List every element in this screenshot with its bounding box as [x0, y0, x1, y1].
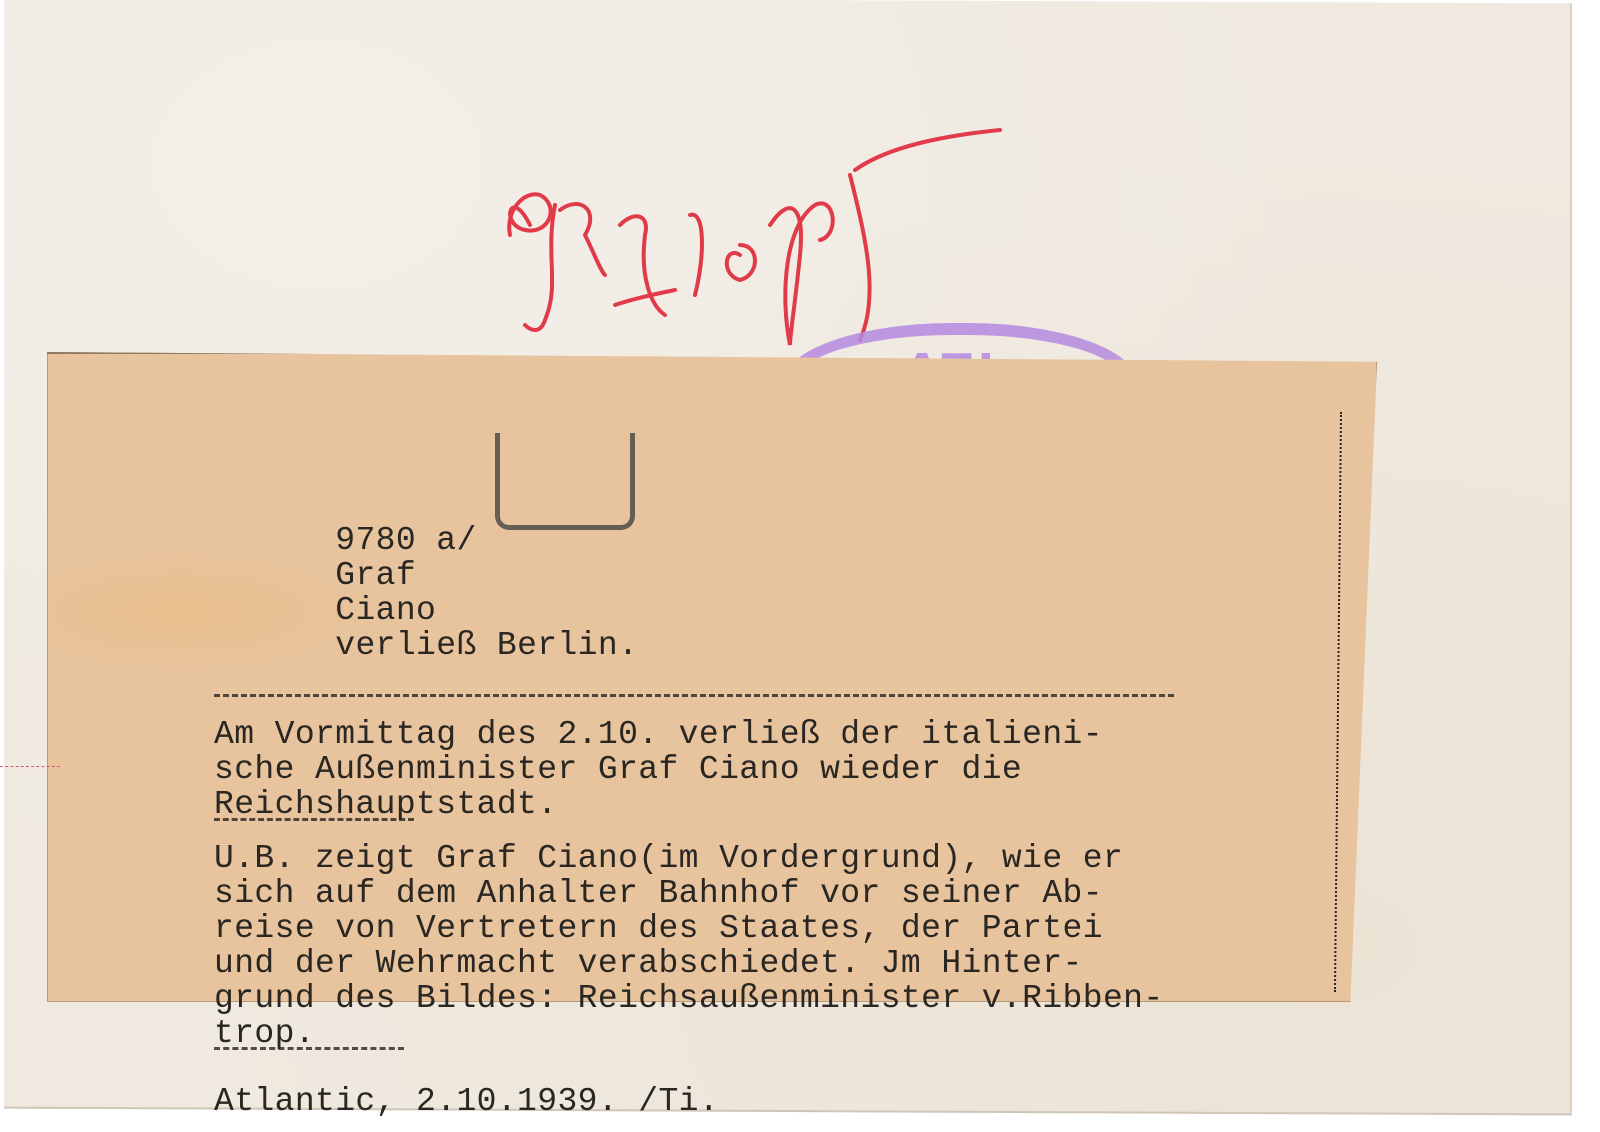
para2-underline: [214, 1047, 404, 1058]
red-margin-mark: [0, 766, 60, 767]
credit-line: Atlantic, 2.10.1939. /Ti.: [214, 1084, 1314, 1119]
para2-line: und der Wehrmacht verabschiedet. Jm Hint…: [214, 946, 1314, 981]
red-pencil-signature: [470, 115, 1030, 355]
archive-number: 9780 a/: [335, 522, 476, 559]
para1-underline: [214, 818, 414, 829]
para2-line: reise von Vertretern des Staates, der Pa…: [214, 911, 1314, 946]
para1-line: Am Vormittag des 2.10. verließ der itali…: [214, 717, 1314, 752]
para2-line: U.B. zeigt Graf Ciano(im Vordergrund), w…: [214, 841, 1314, 876]
perforation-line: [1334, 412, 1342, 992]
caption-headline: 9780 a/ Graf Ciano verließ Berlin.: [214, 488, 1314, 705]
caption-paragraph-2: U.B. zeigt Graf Ciano(im Vordergrund), w…: [214, 841, 1314, 1058]
typed-caption: 9780 a/ Graf Ciano verließ Berlin. Am Vo…: [214, 488, 1314, 1119]
caption-paragraph-1: Am Vormittag des 2.10. verließ der itali…: [214, 717, 1314, 829]
headline-name: Ciano: [335, 592, 436, 629]
para2-line: sich auf dem Anhalter Bahnhof vor seiner…: [214, 876, 1314, 911]
para1-line: sche Außenminister Graf Ciano wieder die: [214, 752, 1314, 787]
headline-rest: verließ Berlin.: [335, 627, 638, 664]
para2-line: grund des Bildes: Reichsaußenminister v.…: [214, 981, 1314, 1016]
headline-graf: Graf: [335, 557, 416, 594]
caption-credit: Atlantic, 2.10.1939. /Ti.: [214, 1084, 1314, 1119]
para1-line: Reichshauptstadt.: [214, 787, 1314, 822]
headline-underline: [214, 694, 1174, 705]
para2-line: trop.: [214, 1016, 1314, 1051]
